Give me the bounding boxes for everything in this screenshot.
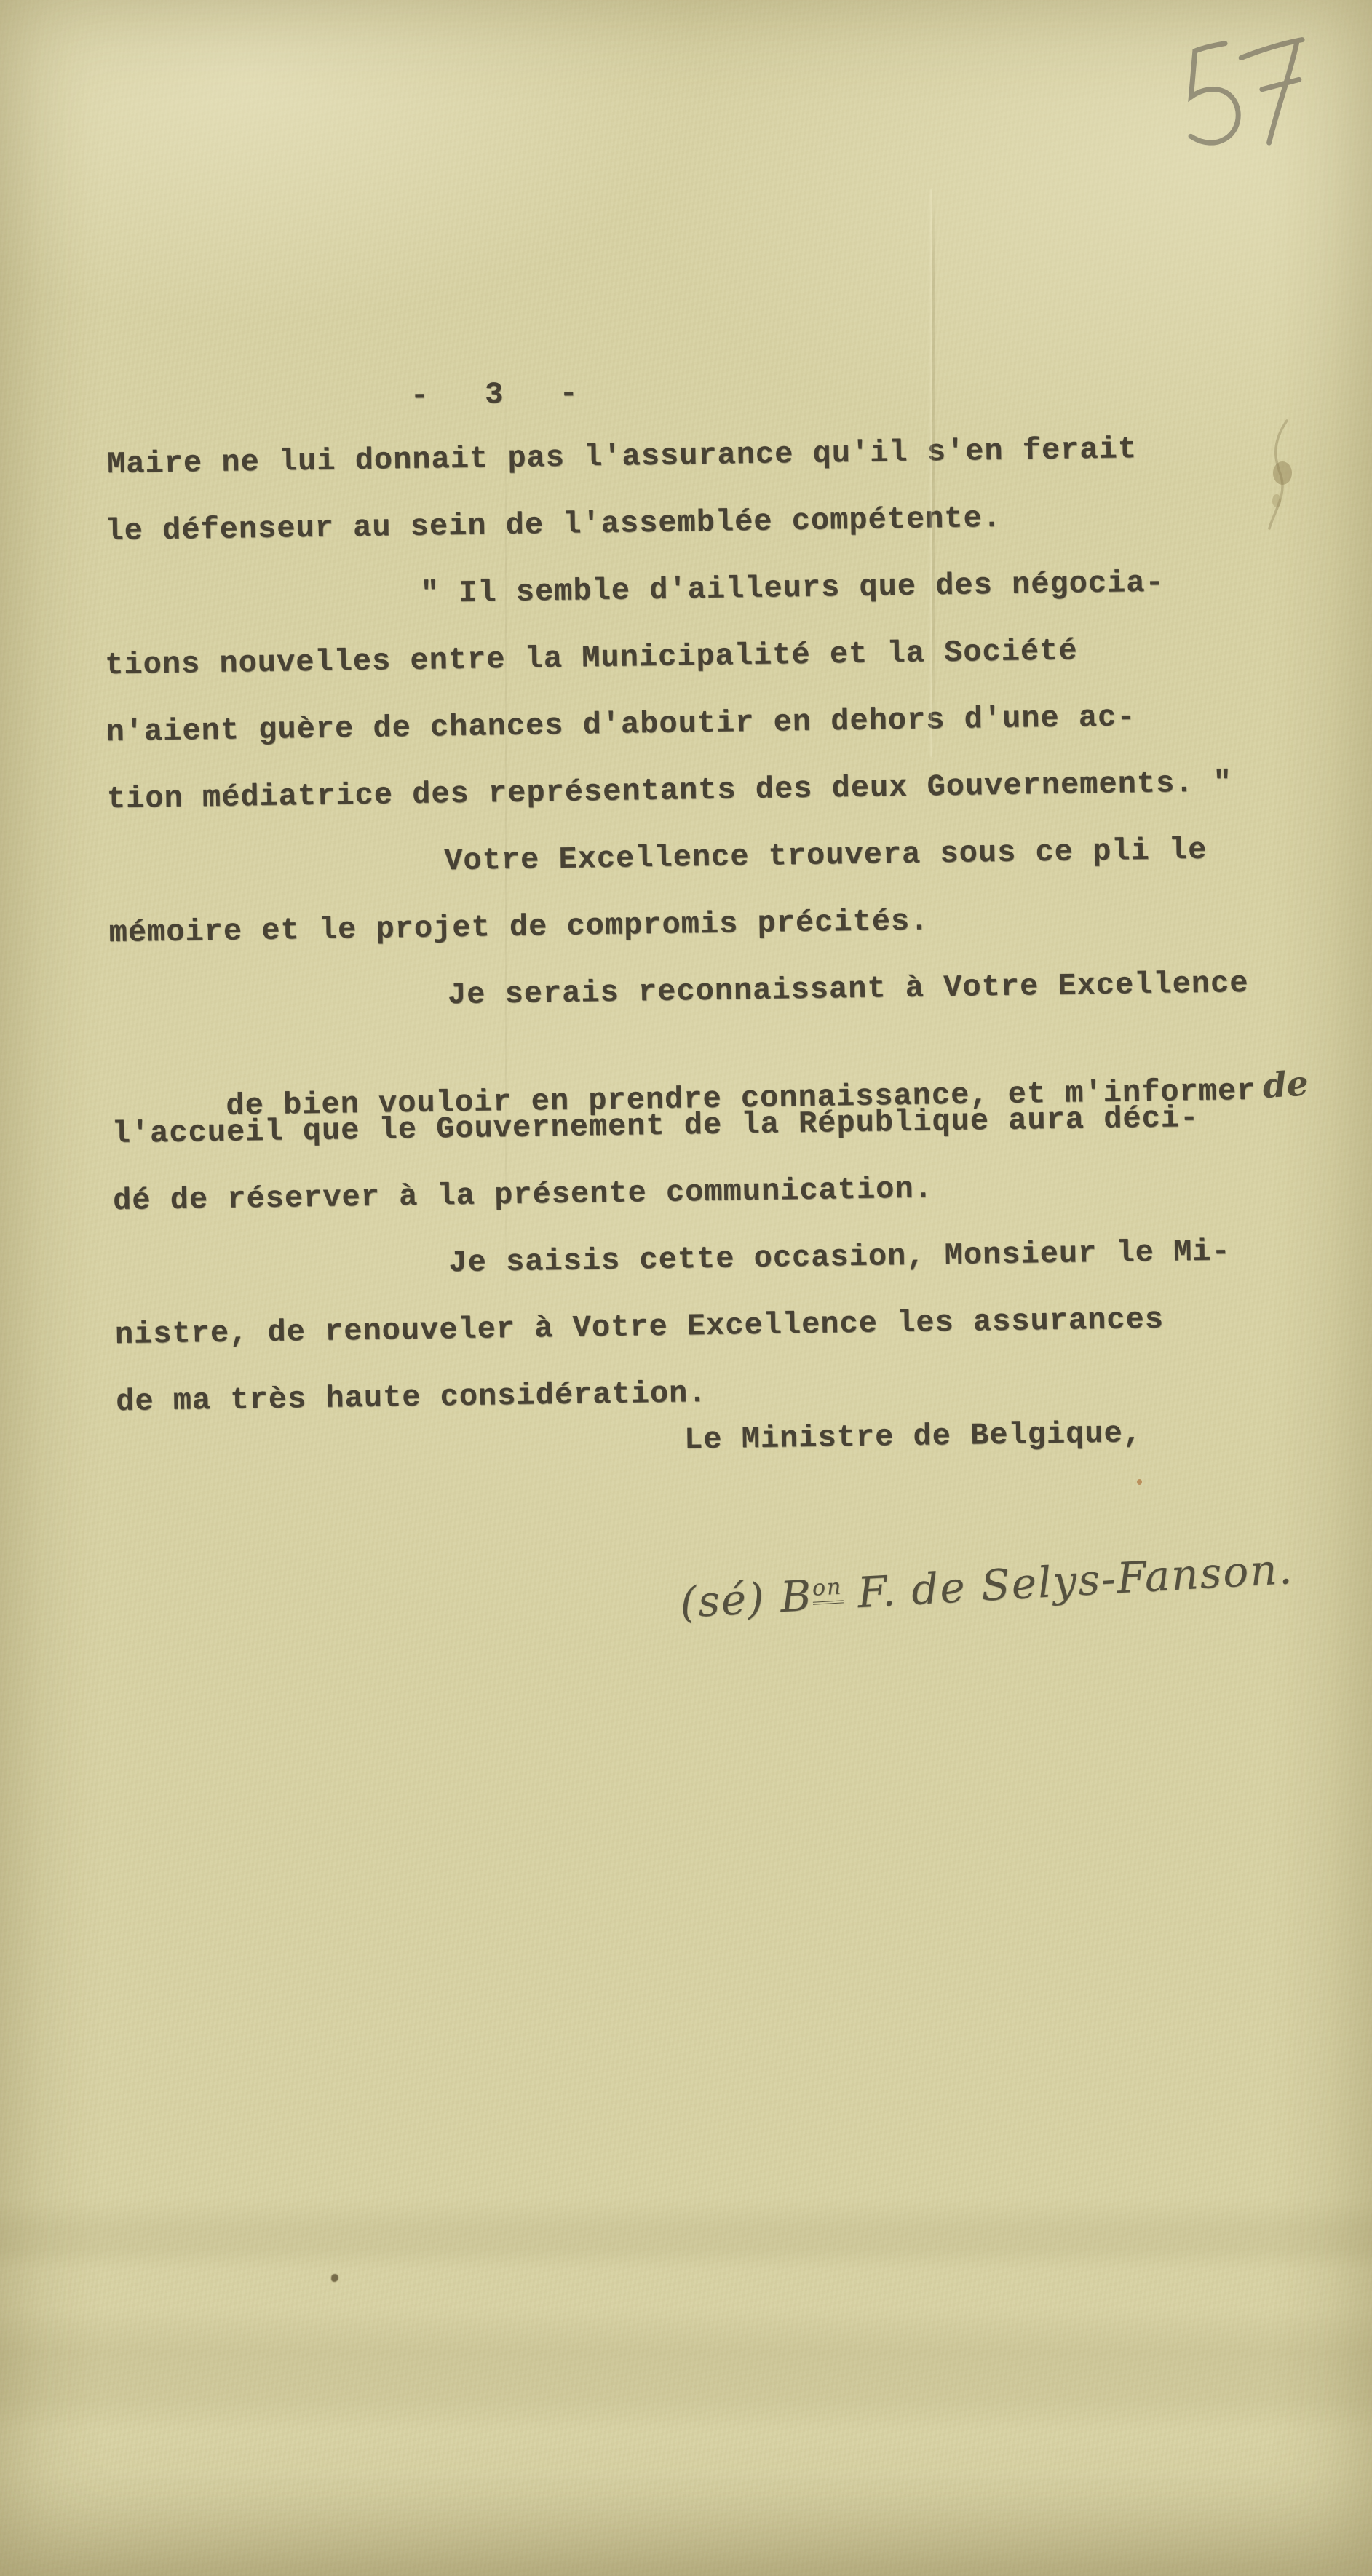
typed-text-block: - 3 - Maire ne lui donnait pas l'assuran… [0, 0, 1372, 2576]
ink-smudge-drawing [1261, 415, 1312, 539]
typed-line: Maire ne lui donnait pas l'assurance qu'… [107, 430, 1138, 483]
signature-name: F. de Selys-Fanson. [841, 1544, 1295, 1618]
signature-superscript: on [812, 1574, 844, 1604]
rust-speck [1137, 1479, 1142, 1485]
typed-line: n'aient guère de chances d'aboutir en de… [106, 698, 1136, 751]
typed-line: tion médiatrice des représentants des de… [107, 764, 1233, 818]
handwritten-insert-de: de [1261, 1065, 1309, 1106]
typed-line: le défenseur au sein de l'assemblée comp… [105, 499, 1002, 550]
typed-line: dé de réserver à la présente communicati… [113, 1170, 933, 1220]
typed-line: " Il semble d'ailleurs que des négocia- [420, 564, 1165, 613]
typed-line: de ma très haute considération. [116, 1374, 707, 1421]
ink-smudge [1261, 415, 1312, 542]
typed-line: Je serais reconnaissant à Votre Excellen… [448, 964, 1249, 1014]
typed-line: tions nouvelles entre la Municipalité et… [105, 632, 1078, 684]
closing-line: Le Ministre de Belgique, [684, 1414, 1143, 1459]
scanned-letter-page: - 3 - Maire ne lui donnait pas l'assuran… [0, 0, 1372, 2576]
signature-prefix: (sé) B [678, 1571, 814, 1628]
typed-line: Votre Excellence trouvera sous ce pli le [444, 831, 1208, 881]
typed-line: nistre, de renouveler à Votre Excellence… [115, 1301, 1165, 1354]
typed-line: Je saisis cette occasion, Monsieur le Mi… [448, 1232, 1231, 1282]
page-number: - 3 - [410, 374, 597, 415]
typed-line: mémoire et le projet de compromis précit… [108, 902, 929, 952]
